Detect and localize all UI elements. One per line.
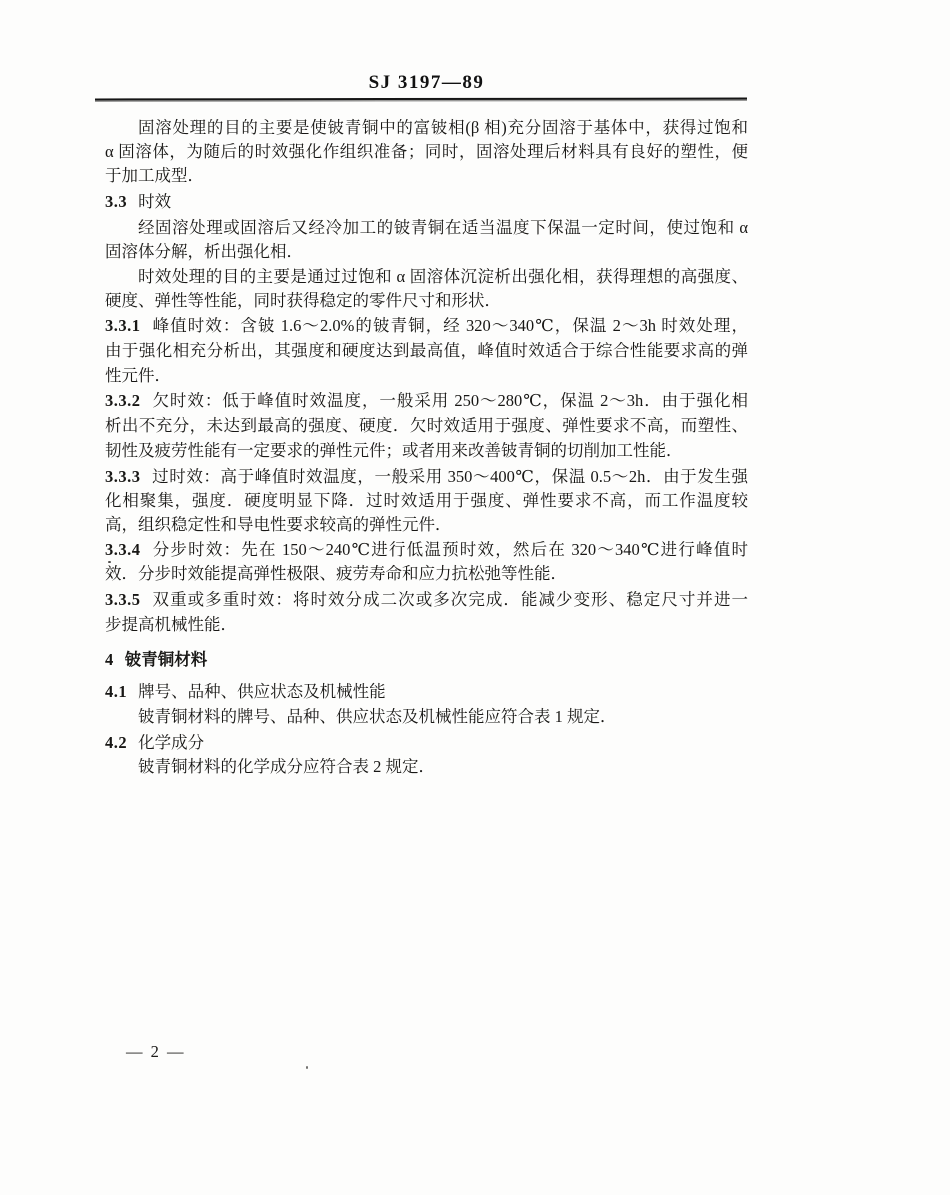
section-line-3-3-5: 3.3.5双重或多重时效：将时效分成二次或多次完成．能减少变形、稳定尺寸并进一 bbox=[105, 589, 748, 611]
line-text: 欠时效：低于峰值时效温度，一般采用 250～280℃，保温 2～3h．由于强化相 bbox=[152, 391, 749, 410]
line-text: 化相聚集，强度．硬度明显下降．过时效适用于强度、弹性要求不高，而工作温度较 bbox=[105, 491, 748, 510]
line-text: 时效处理的目的主要是通过过饱和 α 固溶体沉淀析出强化相，获得理想的高强度、 bbox=[138, 267, 748, 286]
line-text: 硬度、弹性等性能，同时获得稳定的零件尺寸和形状． bbox=[105, 291, 501, 310]
paragraph-line: 铍青铜材料的化学成分应符合表 2 规定． bbox=[105, 756, 748, 778]
paragraph-line: 硬度、弹性等性能，同时获得稳定的零件尺寸和形状． bbox=[105, 290, 748, 312]
section-line-3-3-2: 3.3.2欠时效：低于峰值时效温度，一般采用 250～280℃，保温 2～3h．… bbox=[105, 390, 748, 412]
line-text: 双重或多重时效：将时效分成二次或多次完成．能减少变形、稳定尺寸并进一 bbox=[152, 590, 749, 609]
line-text: 铍青铜材料的牌号、品种、供应状态及机械性能应符合表 1 规定． bbox=[138, 707, 617, 726]
paragraph-line: 高，组织稳定性和导电性要求较高的弹性元件． bbox=[105, 514, 748, 536]
section-number: 3.3.5 bbox=[105, 590, 141, 609]
section-number: 4.1 bbox=[105, 682, 127, 701]
line-text: 过时效：高于峰值时效温度，一般采用 350～400℃，保温 0.5～2h．由于发… bbox=[152, 467, 749, 486]
section-heading-4-1: 4.1牌号、品种、供应状态及机械性能 bbox=[105, 681, 748, 703]
line-text: 经固溶处理或固溶后又经冷加工的铍青铜在适当温度下保温一定时间，使过饱和 α bbox=[138, 218, 748, 237]
scan-speck bbox=[306, 1066, 308, 1069]
header-rule bbox=[95, 98, 747, 101]
section-line-3-3-1: 3.3.1峰值时效：含铍 1.6～2.0%的铍青铜，经 320～340℃，保温 … bbox=[105, 315, 748, 337]
line-text: 固溶体分解，析出强化相． bbox=[105, 242, 303, 261]
section-title: 牌号、品种、供应状态及机械性能 bbox=[138, 682, 386, 701]
paragraph-line: 析出不充分，未达到最高的强度、硬度．欠时效适用于强度、弹性要求不高，而塑性、 bbox=[105, 415, 748, 437]
section-number: 3.3.1 bbox=[105, 316, 141, 335]
paragraph-line: 性元件． bbox=[105, 365, 748, 387]
line-text: 步提高机械性能． bbox=[105, 615, 237, 634]
scan-speck bbox=[108, 561, 111, 563]
page-header-title: SJ 3197—89 bbox=[105, 72, 748, 94]
section-line-3-3-3: 3.3.3过时效：高于峰值时效温度，一般采用 350～400℃，保温 0.5～2… bbox=[105, 466, 748, 488]
section-number: 4 bbox=[105, 650, 114, 669]
paragraph-line: 铍青铜材料的牌号、品种、供应状态及机械性能应符合表 1 规定． bbox=[105, 706, 748, 728]
section-number: 3.3.3 bbox=[105, 467, 141, 486]
paragraph-line: 时效处理的目的主要是通过过饱和 α 固溶体沉淀析出强化相，获得理想的高强度、 bbox=[105, 266, 748, 288]
section-title: 时效 bbox=[138, 192, 171, 211]
section-heading-4: 4铍青铜材料 bbox=[105, 649, 748, 671]
line-text: 性元件． bbox=[105, 366, 171, 385]
section-heading-4-2: 4.2化学成分 bbox=[105, 732, 748, 754]
section-number: 3.3.2 bbox=[105, 391, 141, 410]
paragraph-line: 步提高机械性能． bbox=[105, 614, 748, 636]
line-text: 由于强化相充分析出，其强度和硬度达到最高值，峰值时效适合于综合性能要求高的弹 bbox=[105, 341, 748, 360]
paragraph-line: 固溶处理的目的主要是使铍青铜中的富铍相(β 相)充分固溶于基体中，获得过饱和 bbox=[105, 117, 748, 139]
section-title: 铍青铜材料 bbox=[125, 650, 208, 669]
section-title: 化学成分 bbox=[138, 733, 204, 752]
line-text: 于加工成型． bbox=[105, 166, 204, 185]
line-text: 铍青铜材料的化学成分应符合表 2 规定． bbox=[138, 757, 435, 776]
section-heading-3-3: 3.3时效 bbox=[105, 191, 748, 213]
line-text: 峰值时效：含铍 1.6～2.0%的铍青铜，经 320～340℃，保温 2～3h … bbox=[152, 316, 749, 335]
section-number: 4.2 bbox=[105, 733, 127, 752]
paragraph-line: 化相聚集，强度．硬度明显下降．过时效适用于强度、弹性要求不高，而工作温度较 bbox=[105, 490, 748, 512]
document-page: SJ 3197—89 固溶处理的目的主要是使铍青铜中的富铍相(β 相)充分固溶于… bbox=[0, 0, 950, 1195]
paragraph-line: 于加工成型． bbox=[105, 165, 748, 187]
line-text: 高，组织稳定性和导电性要求较高的弹性元件． bbox=[105, 515, 452, 534]
paragraph-line: 经固溶处理或固溶后又经冷加工的铍青铜在适当温度下保温一定时间，使过饱和 α bbox=[105, 217, 748, 239]
paragraph-line: 韧性及疲劳性能有一定要求的弹性元件；或者用来改善铍青铜的切削加工性能． bbox=[105, 440, 748, 462]
section-line-3-3-4: 3.3.4分步时效：先在 150～240℃进行低温预时效，然后在 320～340… bbox=[105, 539, 748, 561]
paragraph-line: 效．分步时效能提高弹性极限、疲劳寿命和应力抗松弛等性能． bbox=[105, 563, 748, 585]
section-number: 3.3.4 bbox=[105, 540, 141, 559]
line-text: 效．分步时效能提高弹性极限、疲劳寿命和应力抗松弛等性能． bbox=[105, 564, 567, 583]
line-text: 韧性及疲劳性能有一定要求的弹性元件；或者用来改善铍青铜的切削加工性能． bbox=[105, 441, 683, 460]
line-text: α 固溶体，为随后的时效强化作组织准备；同时，固溶处理后材料具有良好的塑性，便 bbox=[105, 142, 748, 161]
line-text: 析出不充分，未达到最高的强度、硬度．欠时效适用于强度、弹性要求不高，而塑性、 bbox=[105, 416, 748, 435]
line-text: 固溶处理的目的主要是使铍青铜中的富铍相(β 相)充分固溶于基体中，获得过饱和 bbox=[138, 118, 748, 137]
section-number: 3.3 bbox=[105, 192, 127, 211]
paragraph-line: 固溶体分解，析出强化相． bbox=[105, 241, 748, 263]
paragraph-line: 由于强化相充分析出，其强度和硬度达到最高值，峰值时效适合于综合性能要求高的弹 bbox=[105, 340, 748, 362]
paragraph-line: α 固溶体，为随后的时效强化作组织准备；同时，固溶处理后材料具有良好的塑性，便 bbox=[105, 141, 748, 163]
page-number: — 2 — bbox=[126, 1042, 186, 1062]
line-text: 分步时效：先在 150～240℃进行低温预时效，然后在 320～340℃进行峰值… bbox=[152, 540, 749, 559]
